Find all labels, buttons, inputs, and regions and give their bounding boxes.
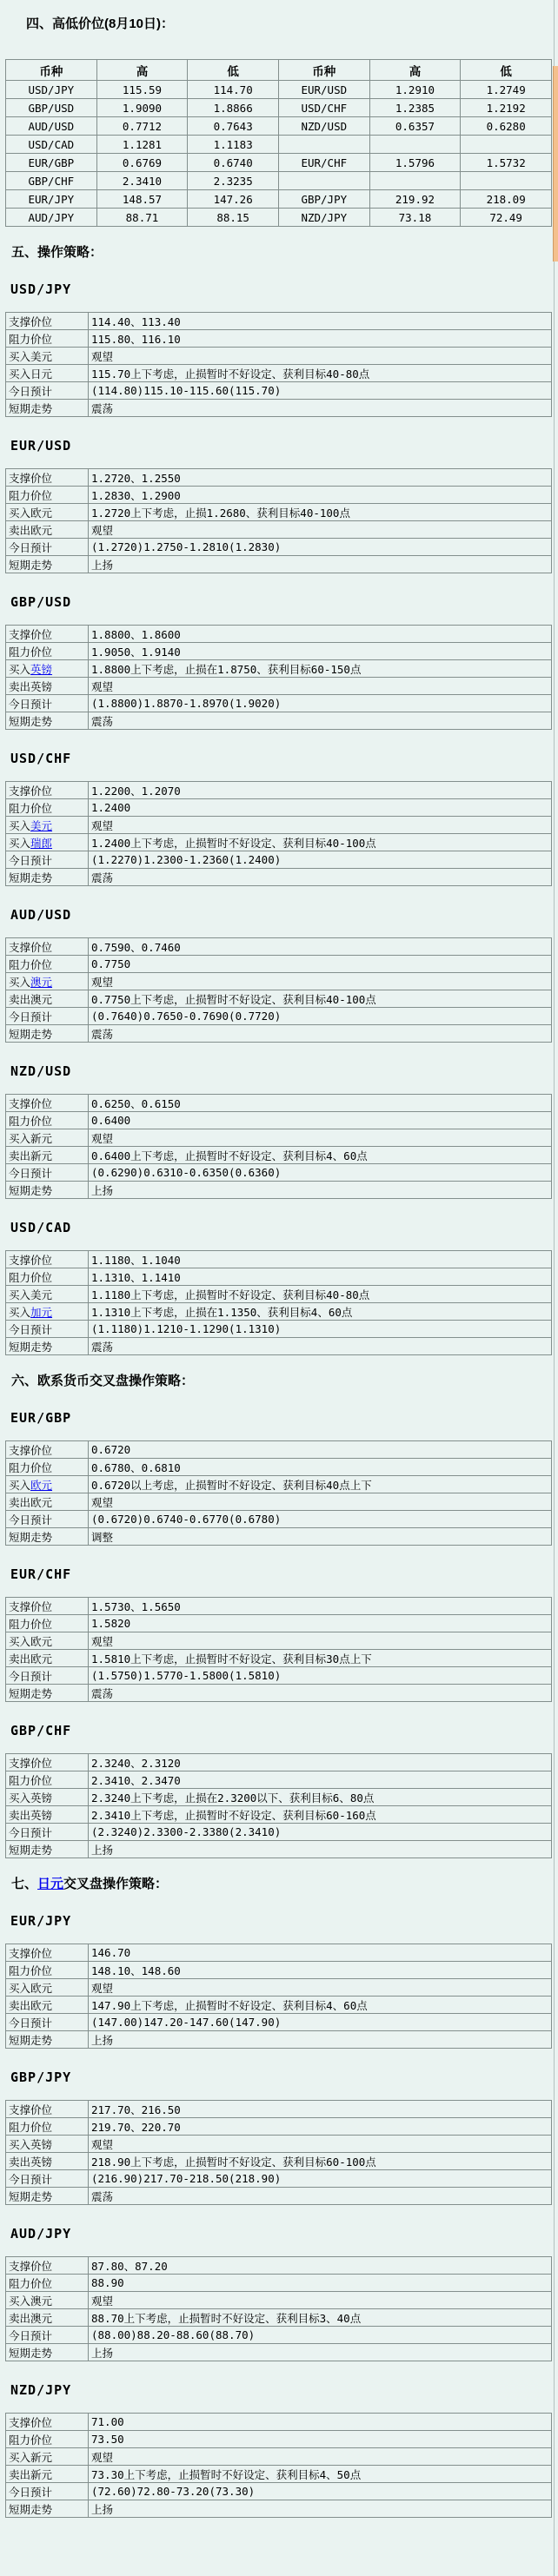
text-part: 卖出欧元 — [9, 1653, 52, 1665]
strategy-row-value: 1.5820 — [89, 1615, 552, 1632]
text-part: 支撑价位 — [9, 1098, 52, 1110]
high-low-row: EUR/GBP0.67690.6740EUR/CHF1.57961.5732 — [6, 154, 552, 172]
high-low-cell: USD/JPY — [6, 81, 97, 99]
strategy-row: 短期走势震荡 — [6, 2188, 552, 2205]
text-part: 阻力价位 — [9, 334, 52, 346]
strategy-row-label: 买入美元 — [6, 348, 89, 365]
strategy-row-value: (1.5750)1.5770-1.5800(1.5810) — [89, 1667, 552, 1685]
strategy-row-value: 0.7750上下考虑，止损暂时不好设定、获利目标40-100点 — [89, 990, 552, 1008]
strategy-row-label: 短期走势 — [6, 556, 89, 573]
strategy-row-label: 买入美元 — [6, 817, 89, 834]
strategy-row-value: 1.8800、1.8600 — [89, 626, 552, 643]
pair-heading: GBP/CHF — [10, 1723, 552, 1738]
strategy-row-label: 阻力价位 — [6, 1962, 89, 1979]
pair-heading: USD/JPY — [10, 281, 552, 297]
high-low-cell: 2.3410 — [96, 172, 188, 190]
strategy-row-label: 买入澳元 — [6, 2292, 89, 2309]
strategy-row-label: 支撑价位 — [6, 1095, 89, 1112]
strategy-row-label: 今日预计 — [6, 2014, 89, 2031]
pair-heading: EUR/CHF — [10, 1566, 552, 1582]
strategy-row-label: 短期走势 — [6, 2500, 89, 2518]
strategy-row-label: 阻力价位 — [6, 956, 89, 973]
strategy-row-value: 震荡 — [89, 1025, 552, 1043]
strategy-table: 支撑价位1.2720、1.2550阻力价位1.2830、1.2900买入欧元1.… — [5, 468, 552, 573]
strategy-row-label: 今日预计 — [6, 2327, 89, 2344]
strategy-table: 支撑价位1.8800、1.8600阻力价位1.9050、1.9140买入英镑1.… — [5, 625, 552, 730]
strategy-row: 卖出欧元观望 — [6, 521, 552, 539]
strategy-row: 支撑价位146.70 — [6, 1944, 552, 1962]
text-part: 买入欧元 — [9, 507, 52, 520]
strategy-table: 支撑价位71.00阻力价位73.50买入新元观望卖出新元73.30上下考虑，止损… — [5, 2413, 552, 2518]
strategy-row-label: 短期走势 — [6, 400, 89, 417]
text-part: 今日预计 — [9, 2017, 52, 2030]
text-part: 支撑价位 — [9, 1445, 52, 1457]
strategy-row: 短期走势震荡 — [6, 400, 552, 417]
forex-report-page: 四、高低价位(8月10日)： 币种高低币种高低USD/JPY115.59114.… — [0, 0, 558, 2526]
strategy-row-label: 阻力价位 — [6, 643, 89, 660]
pair-heading: AUD/JPY — [10, 2226, 552, 2242]
strategy-row: 支撑价位1.8800、1.8600 — [6, 626, 552, 643]
strategy-row-value: 217.70、216.50 — [89, 2101, 552, 2118]
strategy-row-value: 上扬 — [89, 2500, 552, 2518]
high-low-cell: NZD/USD — [278, 117, 369, 136]
strategy-row: 今日预计(0.7640)0.7650-0.7690(0.7720) — [6, 1008, 552, 1025]
strategy-row-value: 观望 — [89, 678, 552, 695]
strategy-row-value: 2.3240上下考虑，止损在2.3200以下、获利目标6、80点 — [89, 1789, 552, 1806]
strategy-row: 买入美元1.1180上下考虑，止损暂时不好设定、获利目标40-80点 — [6, 1286, 552, 1303]
high-low-cell: 0.7712 — [96, 117, 188, 136]
text-part: 今日预计 — [9, 2330, 52, 2342]
strategy-row: 买入欧元1.2720上下考虑，止损1.2680、获利目标40-100点 — [6, 504, 552, 521]
strategy-row-label: 短期走势 — [6, 2344, 89, 2361]
strategy-row-label: 买入欧元 — [6, 1979, 89, 1997]
strategy-table: 支撑价位1.5730、1.5650阻力价位1.5820买入欧元观望卖出欧元1.5… — [5, 1597, 552, 1702]
text-part: 短期走势 — [9, 1341, 52, 1354]
text-part: 短期走势 — [9, 1532, 52, 1544]
strategy-row-label: 短期走势 — [6, 2031, 89, 2049]
strategy-row-value: 震荡 — [89, 1338, 552, 1355]
strategy-row-value: 1.2200、1.2070 — [89, 782, 552, 799]
text-part: 今日预计 — [9, 542, 52, 554]
text-part: 阻力价位 — [9, 1272, 52, 1284]
strategy-row: 短期走势震荡 — [6, 1685, 552, 1702]
text-part: 阻力价位 — [9, 1116, 52, 1128]
term-link[interactable]: 英镑 — [30, 664, 52, 676]
text-part: 短期走势 — [9, 560, 52, 572]
text-part: 短期走势 — [9, 1844, 52, 1857]
text-part: 买入 — [9, 1480, 30, 1492]
high-low-cell: 88.71 — [96, 209, 188, 227]
strategy-row: 今日预计(1.1180)1.1210-1.1290(1.1310) — [6, 1321, 552, 1338]
strategy-row-label: 买入欧元 — [6, 1476, 89, 1493]
strategy-row: 短期走势上扬 — [6, 2500, 552, 2518]
strategy-row: 买入澳元观望 — [6, 2292, 552, 2309]
strategy-row-label: 买入英镑 — [6, 660, 89, 678]
text-part: 支撑价位 — [9, 1948, 52, 1960]
strategy-row-label: 今日预计 — [6, 1164, 89, 1182]
text-part: 短期走势 — [9, 2191, 52, 2203]
strategy-row-label: 阻力价位 — [6, 487, 89, 504]
strategy-row: 今日预计(1.8800)1.8870-1.8970(1.9020) — [6, 695, 552, 712]
strategy-row-label: 今日预计 — [6, 1667, 89, 1685]
text-part: 阻力价位 — [9, 2122, 52, 2134]
text-part: 买入 — [9, 1307, 30, 1319]
high-low-cell: 1.1281 — [96, 136, 188, 154]
strategy-row-label: 卖出英镑 — [6, 1806, 89, 1824]
text-part: 买入 — [9, 838, 30, 850]
strategy-row: 短期走势上扬 — [6, 2344, 552, 2361]
high-low-cell — [461, 172, 552, 190]
strategy-row-value: (1.2270)1.2300-1.2360(1.2400) — [89, 851, 552, 869]
strategy-row-value: 88.90 — [89, 2275, 552, 2292]
strategy-row-label: 支撑价位 — [6, 313, 89, 330]
high-low-cell: 0.6280 — [461, 117, 552, 136]
strategy-row-value: 观望 — [89, 348, 552, 365]
strategy-row: 今日预计(1.5750)1.5770-1.5800(1.5810) — [6, 1667, 552, 1685]
strategy-row-label: 短期走势 — [6, 1025, 89, 1043]
strategy-row-value: 1.1310上下考虑，止损在1.1350、获利目标4、60点 — [89, 1303, 552, 1321]
text-part: 卖出澳元 — [9, 2313, 52, 2325]
text-part: 卖出新元 — [9, 2469, 52, 2481]
pair-heading: USD/CAD — [10, 1220, 552, 1235]
text-part: 今日预计 — [9, 2487, 52, 2499]
text-part: 支撑价位 — [9, 942, 52, 954]
strategy-table: 支撑价位87.80、87.20阻力价位88.90买入澳元观望卖出澳元88.70上… — [5, 2256, 552, 2361]
term-link[interactable]: 加元 — [30, 1307, 52, 1319]
high-low-header-row: 币种高低币种高低 — [6, 60, 552, 81]
high-low-column-header: 币种 — [6, 60, 97, 81]
text-part: 短期走势 — [9, 872, 52, 884]
strategy-row-label: 今日预计 — [6, 851, 89, 869]
strategy-row: 买入英镑1.8800上下考虑，止损在1.8750、获利目标60-150点 — [6, 660, 552, 678]
strategy-row-label: 卖出欧元 — [6, 1650, 89, 1667]
strategy-row-label: 买入欧元 — [6, 504, 89, 521]
strategy-row-label: 阻力价位 — [6, 1615, 89, 1632]
high-low-cell: 1.1183 — [188, 136, 279, 154]
strategy-row-value: (88.00)88.20-88.60(88.70) — [89, 2327, 552, 2344]
term-link[interactable]: 瑞郎 — [30, 838, 52, 850]
high-low-column-header: 高 — [96, 60, 188, 81]
strategy-row: 买入美元观望 — [6, 817, 552, 834]
strategy-row: 今日预计(0.6290)0.6310-0.6350(0.6360) — [6, 1164, 552, 1182]
strategy-row: 支撑价位2.3240、2.3120 — [6, 1754, 552, 1771]
high-low-cell: 1.2385 — [369, 99, 461, 117]
strategy-row-label: 短期走势 — [6, 2188, 89, 2205]
strategy-row-label: 卖出欧元 — [6, 1997, 89, 2014]
term-link[interactable]: 日元 — [37, 1877, 63, 1891]
high-low-column-header: 低 — [461, 60, 552, 81]
strategy-row-value: 观望 — [89, 817, 552, 834]
text-part: 买入英镑 — [9, 1792, 52, 1805]
strategy-row: 买入加元1.1310上下考虑，止损在1.1350、获利目标4、60点 — [6, 1303, 552, 1321]
strategy-row: 阻力价位1.5820 — [6, 1615, 552, 1632]
strategy-row-value: 震荡 — [89, 869, 552, 886]
strategy-row-label: 支撑价位 — [6, 1251, 89, 1268]
strategy-row-value: 观望 — [89, 2448, 552, 2466]
strategy-table: 支撑价位0.6720阻力价位0.6780、0.6810买入欧元0.6720以上考… — [5, 1440, 552, 1546]
strategy-row-value: (72.60)72.80-73.20(73.30) — [89, 2483, 552, 2500]
high-low-cell: USD/CAD — [6, 136, 97, 154]
strategy-row-label: 买入日元 — [6, 365, 89, 382]
high-low-cell — [278, 136, 369, 154]
strategy-row: 卖出澳元0.7750上下考虑，止损暂时不好设定、获利目标40-100点 — [6, 990, 552, 1008]
high-low-cell: 218.09 — [461, 190, 552, 209]
strategy-row: 今日预计(216.90)217.70-218.50(218.90) — [6, 2170, 552, 2188]
high-low-cell — [461, 136, 552, 154]
strategy-row-label: 卖出欧元 — [6, 1493, 89, 1511]
strategy-row-label: 卖出新元 — [6, 1147, 89, 1164]
strategy-row-value: 1.2400上下考虑，止损暂时不好设定、获利目标40-100点 — [89, 834, 552, 851]
strategy-row-label: 卖出新元 — [6, 2466, 89, 2483]
strategy-row-value: (0.7640)0.7650-0.7690(0.7720) — [89, 1008, 552, 1025]
high-low-row: AUD/USD0.77120.7643NZD/USD0.63570.6280 — [6, 117, 552, 136]
strategy-row-label: 今日预计 — [6, 539, 89, 556]
strategy-row-value: 1.8800上下考虑，止损在1.8750、获利目标60-150点 — [89, 660, 552, 678]
text-part: 买入日元 — [9, 368, 52, 381]
text-part: 卖出欧元 — [9, 525, 52, 537]
strategy-row-value: 观望 — [89, 2136, 552, 2153]
high-low-cell: 0.6740 — [188, 154, 279, 172]
high-low-cell: AUD/JPY — [6, 209, 97, 227]
strategy-row-label: 支撑价位 — [6, 1754, 89, 1771]
strategy-row-value: 0.7590、0.7460 — [89, 938, 552, 956]
strategy-row: 买入欧元观望 — [6, 1979, 552, 1997]
text-part: 买入美元 — [9, 351, 52, 363]
strategy-row-value: (1.8800)1.8870-1.8970(1.9020) — [89, 695, 552, 712]
high-low-cell: 148.57 — [96, 190, 188, 209]
strategy-row: 今日预计(2.3240)2.3300-2.3380(2.3410) — [6, 1824, 552, 1841]
strategy-row: 买入澳元观望 — [6, 973, 552, 990]
strategy-table: 支撑价位1.1180、1.1040阻力价位1.1310、1.1410买入美元1.… — [5, 1250, 552, 1355]
strategy-row-value: 0.6400 — [89, 1112, 552, 1129]
text-part: 交叉盘操作策略： — [63, 1877, 168, 1891]
high-low-cell: 114.70 — [188, 81, 279, 99]
strategy-row-value: 219.70、220.70 — [89, 2118, 552, 2136]
strategy-row-value: (147.00)147.20-147.60(147.90) — [89, 2014, 552, 2031]
strategy-row-value: 1.5810上下考虑，止损暂时不好设定、获利目标30点上下 — [89, 1650, 552, 1667]
strategy-table: 支撑价位2.3240、2.3120阻力价位2.3410、2.3470买入英镑2.… — [5, 1753, 552, 1858]
pair-heading: USD/CHF — [10, 751, 552, 766]
strategy-row: 卖出欧元1.5810上下考虑，止损暂时不好设定、获利目标30点上下 — [6, 1650, 552, 1667]
text-part: 今日预计 — [9, 855, 52, 867]
high-low-column-header: 高 — [369, 60, 461, 81]
text-part: 今日预计 — [9, 1324, 52, 1336]
text-part: 短期走势 — [9, 1688, 52, 1700]
strategy-row-value: 0.6250、0.6150 — [89, 1095, 552, 1112]
strategy-row: 短期走势震荡 — [6, 1025, 552, 1043]
high-low-cell: NZD/JPY — [278, 209, 369, 227]
strategy-row-value: 147.90上下考虑，止损暂时不好设定、获利目标4、60点 — [89, 1997, 552, 2014]
text-part: 短期走势 — [9, 1185, 52, 1197]
strategy-row: 阻力价位0.6780、0.6810 — [6, 1459, 552, 1476]
strategy-row-value: 148.10、148.60 — [89, 1962, 552, 1979]
text-part: 卖出澳元 — [9, 994, 52, 1006]
strategy-row-label: 短期走势 — [6, 712, 89, 730]
strategy-row-label: 今日预计 — [6, 695, 89, 712]
strategy-row: 阻力价位148.10、148.60 — [6, 1962, 552, 1979]
high-low-cell: 2.3235 — [188, 172, 279, 190]
strategy-row-value: 2.3410上下考虑，止损暂时不好设定、获利目标60-160点 — [89, 1806, 552, 1824]
high-low-cell: 147.26 — [188, 190, 279, 209]
term-link[interactable]: 欧元 — [30, 1480, 52, 1492]
high-low-cell — [278, 172, 369, 190]
high-low-cell: EUR/CHF — [278, 154, 369, 172]
text-part: 短期走势 — [9, 1029, 52, 1041]
strategy-row-value: (2.3240)2.3300-2.3380(2.3410) — [89, 1824, 552, 1841]
strategy-row: 阻力价位0.6400 — [6, 1112, 552, 1129]
strategy-row: 支撑价位0.6250、0.6150 — [6, 1095, 552, 1112]
strategy-row-label: 卖出英镑 — [6, 678, 89, 695]
text-part: 今日预计 — [9, 1168, 52, 1180]
strategy-row: 买入美元观望 — [6, 348, 552, 365]
strategy-row: 支撑价位0.7590、0.7460 — [6, 938, 552, 956]
term-link[interactable]: 澳元 — [30, 977, 52, 989]
high-low-cell: AUD/USD — [6, 117, 97, 136]
high-low-cell: GBP/JPY — [278, 190, 369, 209]
strategy-row-label: 阻力价位 — [6, 1268, 89, 1286]
strategy-row: 短期走势震荡 — [6, 1338, 552, 1355]
strategy-row-value: 上扬 — [89, 2031, 552, 2049]
strategy-row-label: 今日预计 — [6, 2170, 89, 2188]
term-link[interactable]: 美元 — [30, 820, 52, 832]
strategy-sections: 五、操作策略：USD/JPY支撑价位114.40、113.40阻力价位115.8… — [5, 242, 552, 2518]
strategy-row: 支撑价位87.80、87.20 — [6, 2257, 552, 2275]
text-part: 卖出新元 — [9, 1150, 52, 1162]
strategy-row-label: 短期走势 — [6, 869, 89, 886]
text-part: 阻力价位 — [9, 2434, 52, 2447]
section-heading: 六、欧系货币交叉盘操作策略： — [11, 1371, 552, 1389]
text-part: 阻力价位 — [9, 1619, 52, 1631]
pair-heading: EUR/JPY — [10, 1913, 552, 1929]
strategy-row: 今日预计(0.6720)0.6740-0.6770(0.6780) — [6, 1511, 552, 1528]
strategy-table: 支撑价位0.7590、0.7460阻力价位0.7750买入澳元观望卖出澳元0.7… — [5, 937, 552, 1043]
strategy-row-value: 观望 — [89, 1979, 552, 1997]
strategy-row-value: 上扬 — [89, 556, 552, 573]
strategy-row-label: 买入新元 — [6, 2448, 89, 2466]
text-part: 今日预计 — [9, 699, 52, 711]
strategy-row: 买入瑞郎1.2400上下考虑，止损暂时不好设定、获利目标40-100点 — [6, 834, 552, 851]
text-part: 阻力价位 — [9, 959, 52, 971]
strategy-row: 买入欧元0.6720以上考虑，止损暂时不好设定、获利目标40点上下 — [6, 1476, 552, 1493]
strategy-row: 短期走势上扬 — [6, 556, 552, 573]
strategy-table: 支撑价位114.40、113.40阻力价位115.80、116.10买入美元观望… — [5, 312, 552, 417]
text-part: 买入新元 — [9, 1133, 52, 1145]
strategy-row-value: 震荡 — [89, 1685, 552, 1702]
strategy-row-value: 115.80、116.10 — [89, 330, 552, 348]
strategy-row: 今日预计(1.2720)1.2750-1.2810(1.2830) — [6, 539, 552, 556]
strategy-row-value: 1.5730、1.5650 — [89, 1598, 552, 1615]
high-low-cell: 1.5796 — [369, 154, 461, 172]
strategy-row-value: 0.6720 — [89, 1441, 552, 1459]
strategy-row-value: 1.2830、1.2900 — [89, 487, 552, 504]
high-low-cell: USD/CHF — [278, 99, 369, 117]
strategy-row-value: 1.1310、1.1410 — [89, 1268, 552, 1286]
high-low-column-header: 币种 — [278, 60, 369, 81]
strategy-row-label: 阻力价位 — [6, 2118, 89, 2136]
text-part: 支撑价位 — [9, 1758, 52, 1770]
strategy-row: 支撑价位1.2720、1.2550 — [6, 469, 552, 487]
strategy-row-value: 震荡 — [89, 2188, 552, 2205]
strategy-row: 卖出新元73.30上下考虑，止损暂时不好设定、获利目标4、50点 — [6, 2466, 552, 2483]
strategy-table: 支撑价位217.70、216.50阻力价位219.70、220.70买入英镑观望… — [5, 2100, 552, 2205]
strategy-row: 今日预计(147.00)147.20-147.60(147.90) — [6, 2014, 552, 2031]
strategy-row: 支撑价位71.00 — [6, 2414, 552, 2431]
strategy-row: 卖出英镑观望 — [6, 678, 552, 695]
strategy-row-value: 上扬 — [89, 1182, 552, 1199]
pair-heading: NZD/JPY — [10, 2382, 552, 2398]
high-low-cell — [369, 172, 461, 190]
text-part: 支撑价位 — [9, 473, 52, 485]
strategy-row: 短期走势震荡 — [6, 712, 552, 730]
strategy-row: 今日预计(1.2270)1.2300-1.2360(1.2400) — [6, 851, 552, 869]
strategy-row: 买入日元115.70上下考虑，止损暂时不好设定、获利目标40-80点 — [6, 365, 552, 382]
strategy-row: 阻力价位219.70、220.70 — [6, 2118, 552, 2136]
strategy-row: 阻力价位1.2400 — [6, 799, 552, 817]
strategy-row-label: 卖出澳元 — [6, 990, 89, 1008]
strategy-row-value: 0.7750 — [89, 956, 552, 973]
high-low-cell: 0.6357 — [369, 117, 461, 136]
text-part: 阻力价位 — [9, 490, 52, 502]
strategy-row: 今日预计(114.80)115.10-115.60(115.70) — [6, 382, 552, 400]
high-low-cell: 1.2749 — [461, 81, 552, 99]
strategy-row-label: 支撑价位 — [6, 1441, 89, 1459]
strategy-row-value: 2.3240、2.3120 — [89, 1754, 552, 1771]
strategy-row-value: 1.2720上下考虑，止损1.2680、获利目标40-100点 — [89, 504, 552, 521]
high-low-row: GBP/CHF2.34102.3235 — [6, 172, 552, 190]
strategy-row-value: 0.6780、0.6810 — [89, 1459, 552, 1476]
high-low-cell — [369, 136, 461, 154]
strategy-row-value: (216.90)217.70-218.50(218.90) — [89, 2170, 552, 2188]
text-part: 卖出欧元 — [9, 2000, 52, 2012]
strategy-row-value: 调整 — [89, 1528, 552, 1546]
text-part: 支撑价位 — [9, 316, 52, 328]
high-low-cell: 1.9090 — [96, 99, 188, 117]
strategy-row-label: 今日预计 — [6, 1008, 89, 1025]
high-low-row: USD/JPY115.59114.70EUR/USD1.29101.2749 — [6, 81, 552, 99]
strategy-row: 支撑价位1.2200、1.2070 — [6, 782, 552, 799]
strategy-row: 今日预计(72.60)72.80-73.20(73.30) — [6, 2483, 552, 2500]
text-part: 短期走势 — [9, 2035, 52, 2047]
text-part: 阻力价位 — [9, 803, 52, 815]
text-part: 买入英镑 — [9, 2139, 52, 2151]
strategy-row: 短期走势上扬 — [6, 1182, 552, 1199]
text-part: 买入欧元 — [9, 1636, 52, 1648]
high-low-row: GBP/USD1.90901.8866USD/CHF1.23851.2192 — [6, 99, 552, 117]
strategy-row-value: (114.80)115.10-115.60(115.70) — [89, 382, 552, 400]
strategy-row-value: 1.2400 — [89, 799, 552, 817]
high-low-cell: 72.49 — [461, 209, 552, 227]
strategy-row-label: 买入美元 — [6, 1286, 89, 1303]
text-part: 今日预计 — [9, 386, 52, 398]
strategy-row-value: 87.80、87.20 — [89, 2257, 552, 2275]
text-part: 买入澳元 — [9, 2295, 52, 2308]
text-part: 支撑价位 — [9, 2417, 52, 2429]
strategy-row: 卖出欧元147.90上下考虑，止损暂时不好设定、获利目标4、60点 — [6, 1997, 552, 2014]
high-low-cell: EUR/USD — [278, 81, 369, 99]
strategy-row-value: 1.1180、1.1040 — [89, 1251, 552, 1268]
strategy-row-value: (0.6720)0.6740-0.6770(0.6780) — [89, 1511, 552, 1528]
text-part: 短期走势 — [9, 2348, 52, 2360]
text-part: 阻力价位 — [9, 1775, 52, 1787]
strategy-table: 支撑价位1.2200、1.2070阻力价位1.2400买入美元观望买入瑞郎1.2… — [5, 781, 552, 886]
strategy-row-value: 1.9050、1.9140 — [89, 643, 552, 660]
strategy-row-label: 阻力价位 — [6, 2275, 89, 2292]
high-low-row: USD/CAD1.12811.1183 — [6, 136, 552, 154]
high-low-column-header: 低 — [188, 60, 279, 81]
high-low-cell: GBP/CHF — [6, 172, 97, 190]
strategy-row-label: 阻力价位 — [6, 2431, 89, 2448]
strategy-row-label: 短期走势 — [6, 1182, 89, 1199]
